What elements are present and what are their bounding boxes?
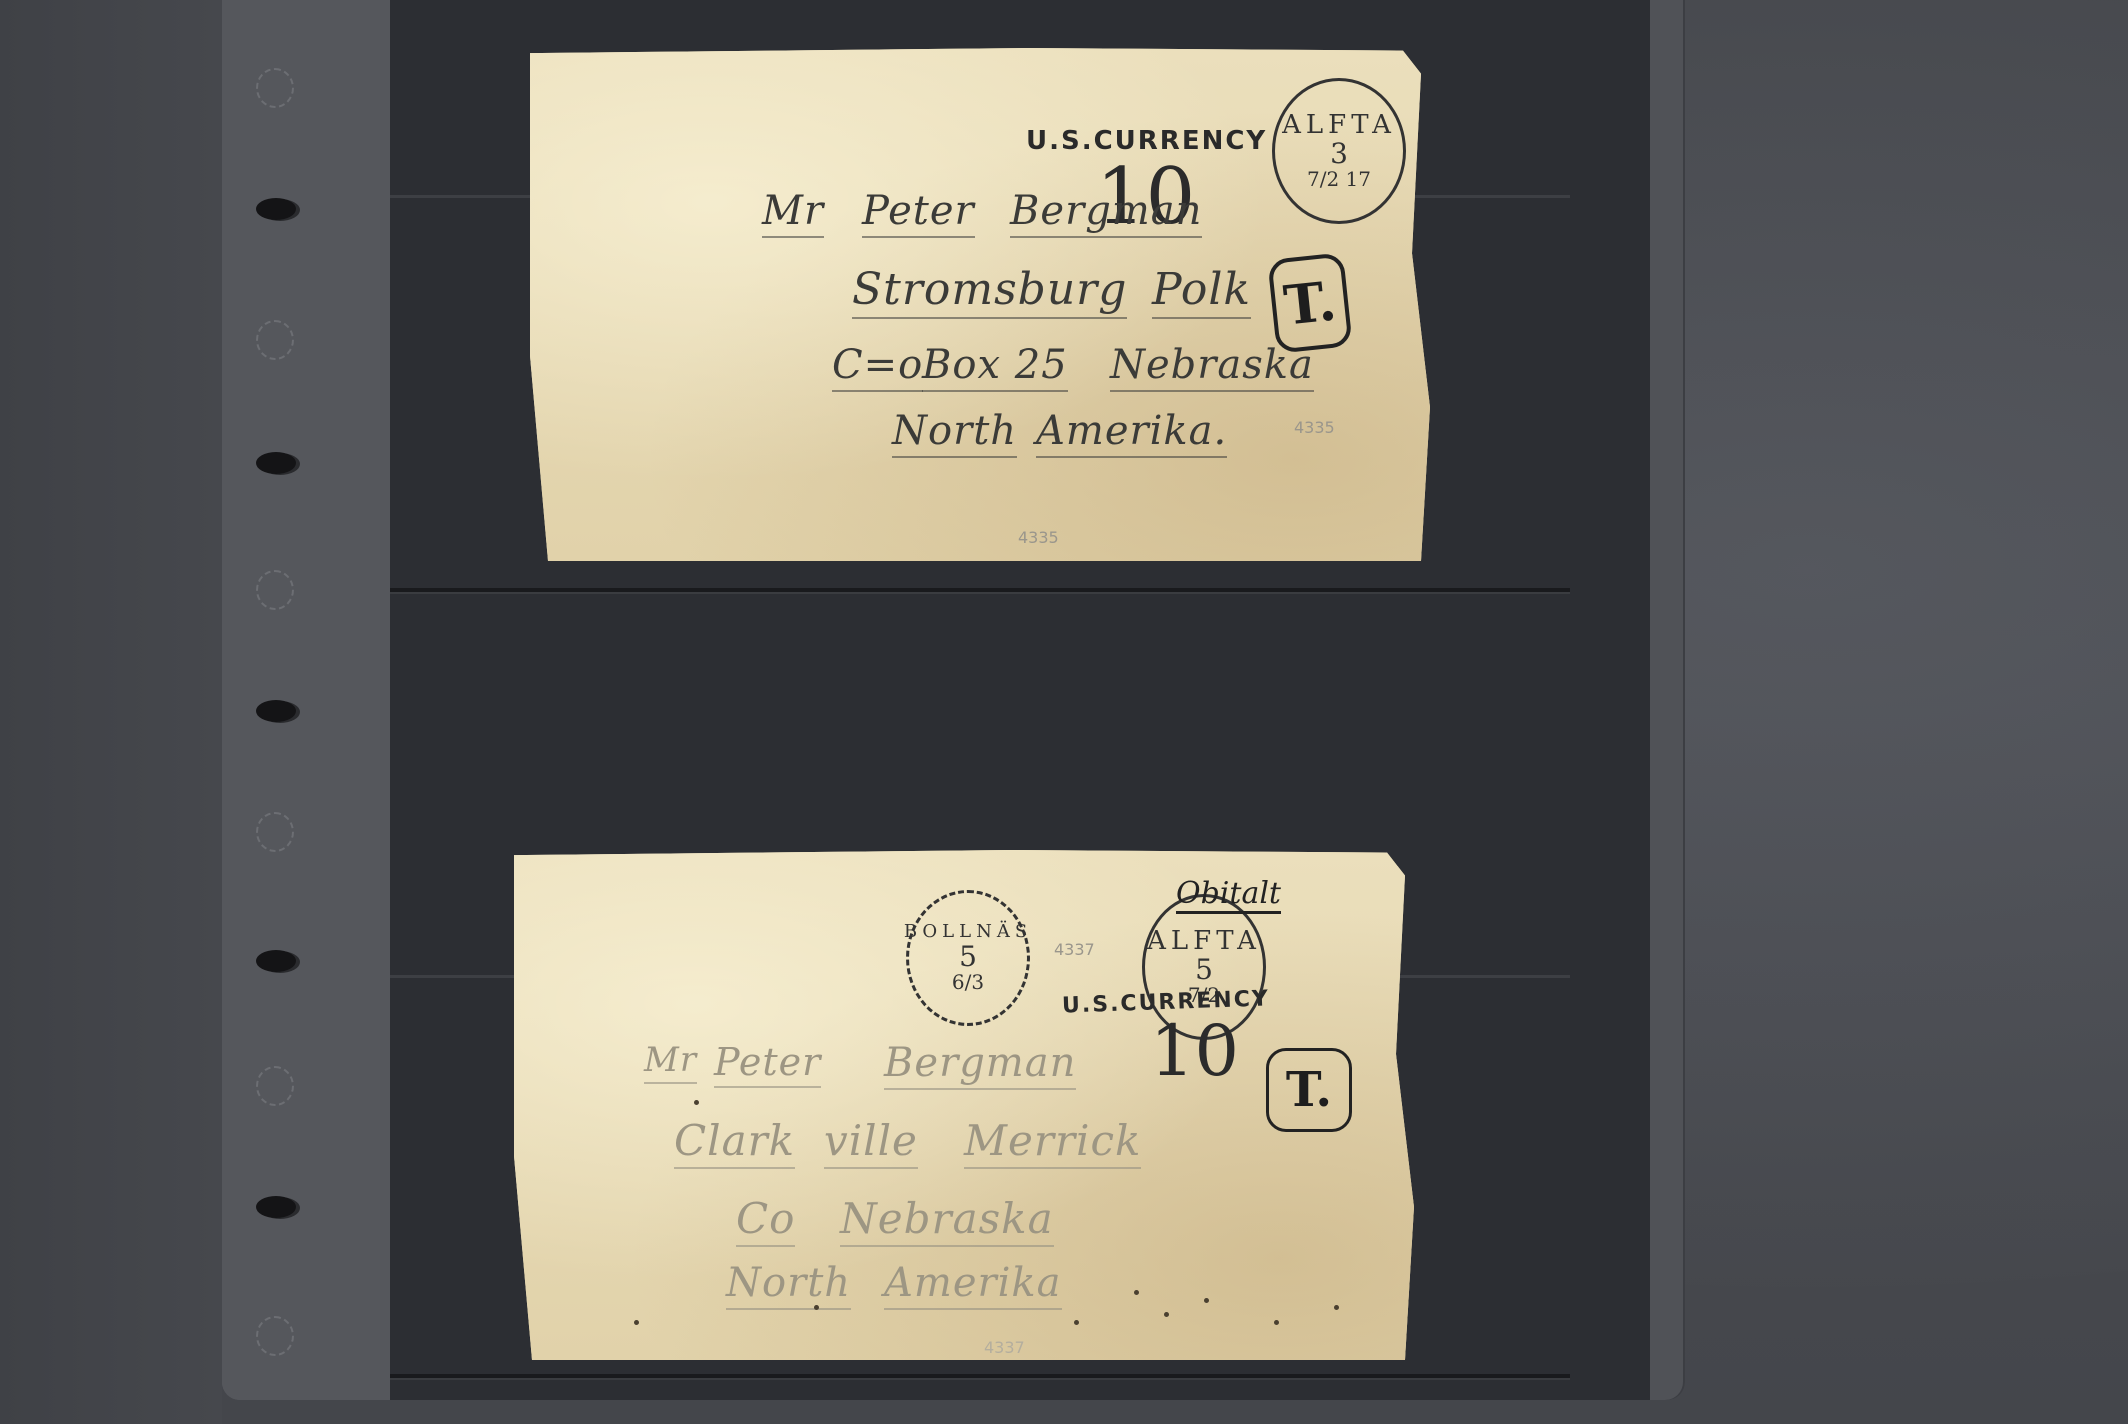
binding-hole-outline (256, 812, 294, 852)
due-10-handstamp: 10 (1150, 1010, 1239, 1092)
postmark-day: 3 (1330, 139, 1348, 168)
postmark-day: 5 (1195, 955, 1213, 984)
binding-hole-punched (256, 198, 296, 220)
postmark-date: 6/3 (952, 972, 984, 993)
postmark-date: 7/2 17 (1307, 169, 1371, 190)
pencil-reference-note: 4337 (984, 1338, 1025, 1357)
binding-hole-punched (256, 700, 296, 722)
binding-hole-outline (256, 570, 294, 610)
foxing-spot (1274, 1320, 1279, 1325)
address-box: Box 25 (922, 342, 1068, 392)
foxing-spot (1334, 1305, 1339, 1310)
tax-t-handstamp: T. (1266, 1048, 1352, 1132)
foxing-spot (694, 1100, 699, 1105)
tax-t-handstamp: T. (1267, 252, 1352, 353)
postmark-day: 5 (959, 942, 977, 971)
address-state: Nebraska (1110, 342, 1314, 392)
postmark-alfta: ALFTA 3 7/2 17 (1272, 78, 1406, 224)
address-town-1: Clark (674, 1116, 795, 1169)
binding-hole-outline (256, 1066, 294, 1106)
binding-hole-outline (256, 68, 294, 108)
foxing-spot (1134, 1290, 1139, 1295)
foxing-spot (814, 1305, 819, 1310)
postmark-town: ALFTA (1282, 112, 1396, 139)
address-town-2: ville (824, 1116, 918, 1169)
postmark-town: ALFTA (1147, 928, 1261, 955)
cover-top: ALFTA 3 7/2 17 U.S.CURRENCY 10 Mr Peter … (530, 48, 1430, 561)
address-title: Mr (762, 188, 824, 238)
address-country-1: North (892, 408, 1017, 458)
pencil-reference-note: 4337 (1054, 940, 1095, 959)
address-first-name: Peter (862, 188, 975, 238)
address-country-2: Amerika (884, 1260, 1062, 1310)
address-town: Stromsburg (852, 264, 1127, 319)
binding-hole-punched (256, 950, 296, 972)
binding-strip (222, 0, 392, 1400)
postmark-bollnas: BOLLNÄS 5 6/3 (906, 890, 1030, 1026)
pencil-reference-note: 4335 (1018, 528, 1059, 547)
binding-hole-outline (256, 1316, 294, 1356)
table-surface-left (0, 0, 222, 1424)
address-title: Mr (644, 1040, 697, 1084)
address-county-abbrev: Co (736, 1194, 795, 1247)
foxing-spot (1164, 1312, 1169, 1317)
pocket-strip-divider (390, 588, 1570, 592)
address-county: Merrick (964, 1116, 1141, 1169)
binding-hole-outline (256, 320, 294, 360)
address-surname: Bergman (884, 1040, 1076, 1090)
cover-bottom: BOLLNÄS 5 6/3 4337 ALFTA 5 7/2 Obitalt U… (514, 850, 1414, 1360)
foxing-spot (1204, 1298, 1209, 1303)
foxing-spot (1074, 1320, 1079, 1325)
address-surname: Bergman (1010, 188, 1202, 238)
pocket-strip-divider (390, 1374, 1570, 1378)
manuscript-note-obitalt: Obitalt (1176, 876, 1281, 914)
address-state: Nebraska (840, 1194, 1054, 1247)
address-country-2: Amerika. (1036, 408, 1227, 458)
binding-hole-punched (256, 452, 296, 474)
address-country-1: North (726, 1260, 851, 1310)
address-care-of: C=o (832, 342, 923, 392)
pencil-reference-note: 4335 (1294, 418, 1335, 437)
address-county: Polk (1152, 264, 1251, 319)
foxing-spot (634, 1320, 639, 1325)
address-first-name: Peter (714, 1040, 821, 1088)
binding-hole-punched (256, 1196, 296, 1218)
